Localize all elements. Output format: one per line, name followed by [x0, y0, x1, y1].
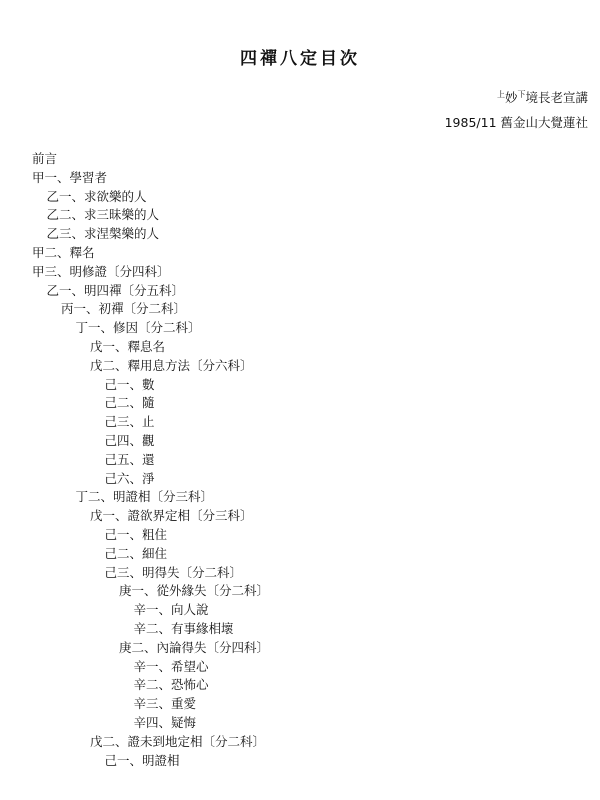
- toc-entry: 辛二、有事緣相壞: [32, 620, 269, 639]
- toc-entry: 前言: [32, 150, 269, 169]
- toc-entry: 辛一、向人說: [32, 601, 269, 620]
- table-of-contents: 前言甲一、學習者乙一、求欲樂的人乙二、求三昧樂的人乙三、求涅槃樂的人甲二、釋名甲…: [32, 150, 269, 770]
- speaker-name-2: 境長老宣講: [525, 90, 588, 105]
- toc-entry: 己六、淨: [32, 470, 269, 489]
- toc-entry: 辛三、重愛: [32, 695, 269, 714]
- toc-entry: 甲三、明修證〔分四科〕: [32, 263, 269, 282]
- toc-entry: 己三、明得失〔分二科〕: [32, 564, 269, 583]
- toc-entry: 辛二、恐怖心: [32, 676, 269, 695]
- toc-entry: 甲一、學習者: [32, 169, 269, 188]
- toc-entry: 戊一、證欲界定相〔分三科〕: [32, 507, 269, 526]
- toc-entry: 丙一、初禪〔分二科〕: [32, 300, 269, 319]
- toc-entry: 己一、明證相: [32, 752, 269, 771]
- toc-entry: 己四、觀: [32, 432, 269, 451]
- toc-entry: 辛四、疑悔: [32, 714, 269, 733]
- toc-entry: 己五、還: [32, 451, 269, 470]
- toc-entry: 戊二、釋用息方法〔分六科〕: [32, 357, 269, 376]
- toc-entry: 己二、細住: [32, 545, 269, 564]
- toc-entry: 乙一、明四禪〔分五科〕: [32, 282, 269, 301]
- speaker-name-1: 妙: [505, 90, 518, 105]
- toc-entry: 庚一、從外緣失〔分二科〕: [32, 582, 269, 601]
- toc-entry: 丁二、明證相〔分三科〕: [32, 488, 269, 507]
- toc-entry: 庚二、內論得失〔分四科〕: [32, 639, 269, 658]
- document-title: 四禪八定目次: [0, 44, 600, 69]
- toc-entry: 己一、數: [32, 376, 269, 395]
- toc-entry: 甲二、釋名: [32, 244, 269, 263]
- toc-entry: 戊二、證未到地定相〔分二科〕: [32, 733, 269, 752]
- toc-entry: 己一、粗住: [32, 526, 269, 545]
- toc-entry: 己二、隨: [32, 394, 269, 413]
- toc-entry: 戊一、釋息名: [32, 338, 269, 357]
- speaker-sup-1: 上: [497, 90, 505, 99]
- toc-entry: 乙二、求三昧樂的人: [32, 206, 269, 225]
- toc-entry: 乙三、求涅槃樂的人: [32, 225, 269, 244]
- toc-entry: 辛一、希望心: [32, 658, 269, 677]
- toc-entry: 己三、止: [32, 413, 269, 432]
- date-place-line: 1985/11 舊金山大覺蓮社: [445, 113, 588, 131]
- toc-entry: 丁一、修因〔分二科〕: [32, 319, 269, 338]
- speaker-line: 上妙下境長老宣講: [497, 88, 588, 106]
- toc-entry: 乙一、求欲樂的人: [32, 188, 269, 207]
